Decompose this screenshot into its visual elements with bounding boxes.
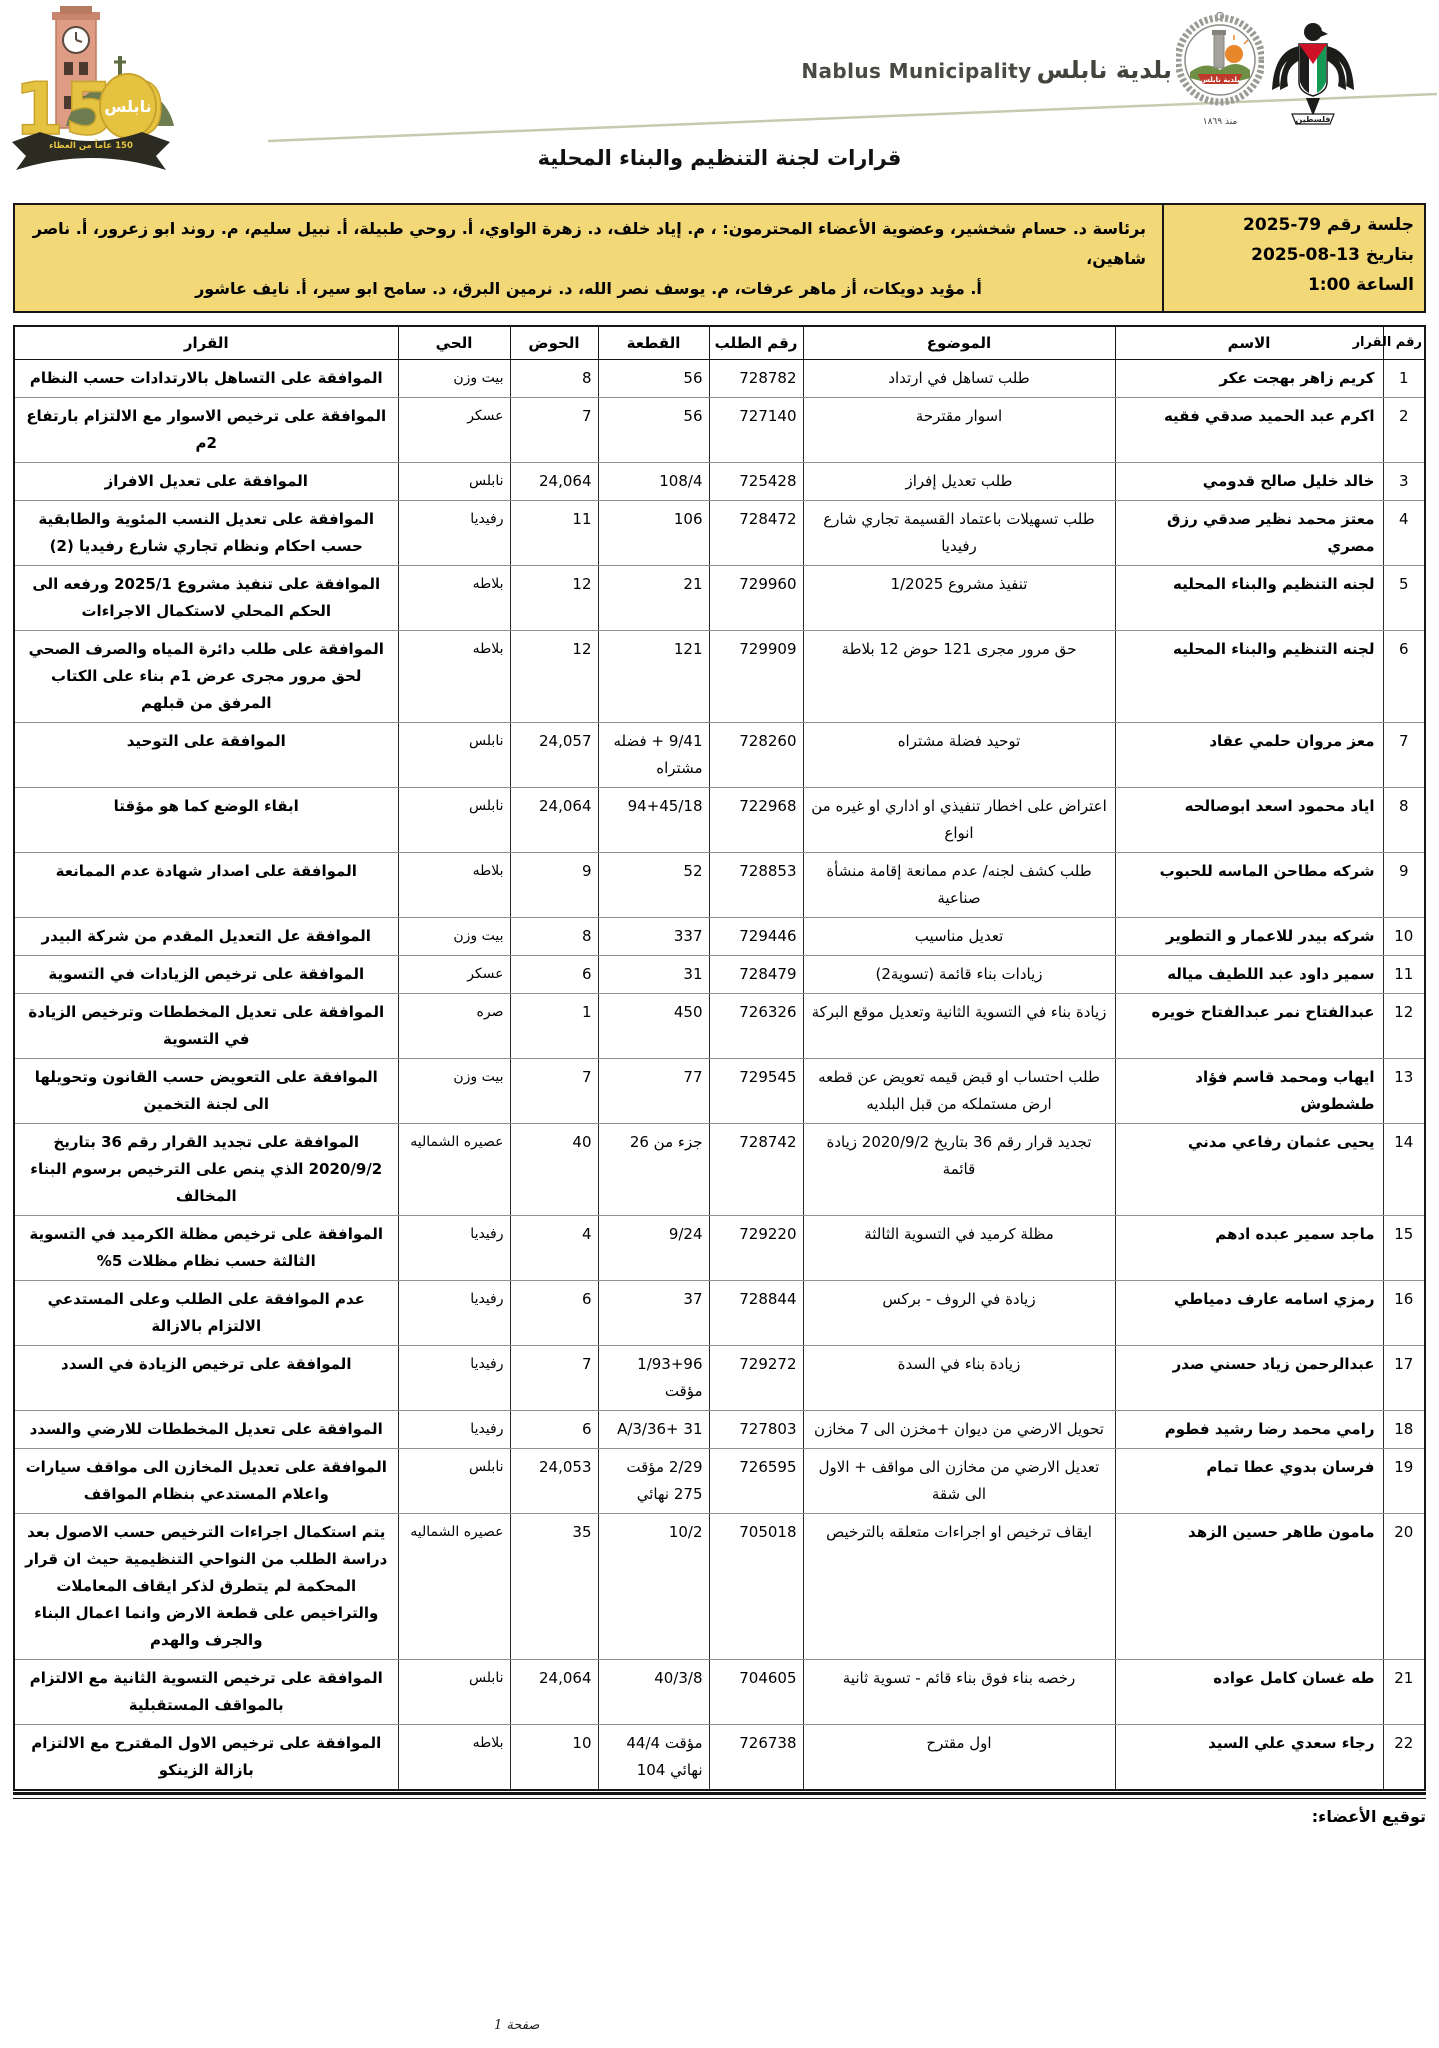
table-row: 7معز مروان حلمي عقادتوحيد فضلة مشتراه728… <box>14 723 1425 788</box>
cell-request_no: 728479 <box>709 956 803 994</box>
table-row: 5لجنه التنظيم والبناء المحليهتنفيذ مشروع… <box>14 566 1425 631</box>
cell-decision: الموافقة على ترخيص الاول المقترح مع الال… <box>14 1725 398 1791</box>
decisions-table-body: 1كريم زاهر بهجت عكرطلب تساهل في ارتداد72… <box>14 360 1425 1791</box>
col-header-subject: الموضوع <box>803 326 1115 360</box>
cell-plot: 52 <box>598 853 709 918</box>
cell-subject: زيادة بناء في التسوية الثانية وتعديل موق… <box>803 994 1115 1059</box>
cell-no: 8 <box>1383 788 1425 853</box>
table-row: 19فرسان بدوي عطا تمامتعديل الارضي من مخا… <box>14 1449 1425 1514</box>
session-date: بتاريخ 13-08-2025 <box>1174 240 1414 270</box>
header-row: رقم القرار الاسم الموضوع رقم الطلب القطع… <box>14 326 1425 360</box>
cell-decision: الموافقة على ترخيص التسوية الثانية مع ال… <box>14 1660 398 1725</box>
cell-request_no: 728742 <box>709 1124 803 1216</box>
cell-name: لجنه التنظيم والبناء المحليه <box>1115 566 1383 631</box>
table-row: 14يحيى عثمان رفاعي مدنيتجديد قرار رقم 36… <box>14 1124 1425 1216</box>
cell-request_no: 728844 <box>709 1281 803 1346</box>
nablus-municipality-seal: بلدية نابلس منذ ١٨٦٩ <box>1176 12 1264 130</box>
cell-no: 4 <box>1383 501 1425 566</box>
cell-district: بلاطه <box>398 853 510 918</box>
table-row: 2اكرم عبد الحميد صدقي فقيهاسوار مقترحة72… <box>14 398 1425 463</box>
cell-request_no: 726595 <box>709 1449 803 1514</box>
cell-basin: 7 <box>510 1346 598 1411</box>
col-header-decision: القرار <box>14 326 398 360</box>
document-page: 150 نابلس 150 عاماً من العطاء بلدية نابل… <box>0 0 1439 2048</box>
cell-subject: زيادة في الروف - بركس <box>803 1281 1115 1346</box>
cell-name: لجنه التنظيم والبناء المحليه <box>1115 631 1383 723</box>
cell-subject: زيادات بناء قائمة (تسوية2) <box>803 956 1115 994</box>
cell-subject: تنفيذ مشروع 1/2025 <box>803 566 1115 631</box>
table-row: 15ماجد سمير عبده ادهممظلة كرميد في التسو… <box>14 1216 1425 1281</box>
anniversary-city: نابلس <box>104 97 151 116</box>
cell-basin: 11 <box>510 501 598 566</box>
cell-basin: 24,064 <box>510 463 598 501</box>
cell-no: 16 <box>1383 1281 1425 1346</box>
cell-decision: الموافقة على تعديل المخططات للارضي والسد… <box>14 1411 398 1449</box>
cell-district: رفيديا <box>398 1216 510 1281</box>
cell-name: سمير داود عبد اللطيف مياله <box>1115 956 1383 994</box>
cell-plot: 10/2 <box>598 1514 709 1660</box>
cell-plot: A/3/36+ 31 <box>598 1411 709 1449</box>
cell-basin: 12 <box>510 631 598 723</box>
cell-plot: 1/93+96 مؤقت <box>598 1346 709 1411</box>
cell-district: رفيديا <box>398 1346 510 1411</box>
page-number: صفحة 1 <box>494 2018 539 2033</box>
cell-decision: الموافقة على تجديد القرار رقم 36 بتاريخ … <box>14 1124 398 1216</box>
cell-no: 11 <box>1383 956 1425 994</box>
cell-district: بيت وزن <box>398 1059 510 1124</box>
cell-subject: زيادة بناء في السدة <box>803 1346 1115 1411</box>
cell-district: عسكر <box>398 398 510 463</box>
table-row: 21طه غسان كامل عوادهرخصه بناء فوق بناء ق… <box>14 1660 1425 1725</box>
cell-decision: الموافقة على ترخيص الاسوار مع الالتزام ب… <box>14 398 398 463</box>
cell-subject: طلب تسهيلات باعتماد القسيمة تجاري شارع ر… <box>803 501 1115 566</box>
cell-no: 2 <box>1383 398 1425 463</box>
cell-no: 22 <box>1383 1725 1425 1791</box>
cell-plot: 37 <box>598 1281 709 1346</box>
cell-basin: 7 <box>510 1059 598 1124</box>
cell-subject: رخصه بناء فوق بناء قائم - تسوية ثانية <box>803 1660 1115 1725</box>
table-row: 16رمزي اسامه عارف دمياطيزيادة في الروف -… <box>14 1281 1425 1346</box>
cell-request_no: 705018 <box>709 1514 803 1660</box>
cell-subject: تحويل الارضي من ديوان +مخزن الى 7 مخازن <box>803 1411 1115 1449</box>
cell-decision: الموافقة على اصدار شهادة عدم الممانعة <box>14 853 398 918</box>
col-header-name: الاسم <box>1115 326 1383 360</box>
cell-subject: تعديل الارضي من مخازن الى مواقف + الاول … <box>803 1449 1115 1514</box>
decisions-table-head: رقم القرار الاسم الموضوع رقم الطلب القطع… <box>14 326 1425 360</box>
cell-decision: الموافقة على ترخيص مظلة الكرميد في التسو… <box>14 1216 398 1281</box>
cell-decision: عدم الموافقة على الطلب وعلى المستدعي الا… <box>14 1281 398 1346</box>
cell-no: 1 <box>1383 360 1425 398</box>
cell-name: ماجد سمير عبده ادهم <box>1115 1216 1383 1281</box>
cell-subject: طلب تعديل إفراز <box>803 463 1115 501</box>
session-time: الساعة 1:00 <box>1174 270 1414 300</box>
cell-name: فرسان بدوي عطا تمام <box>1115 1449 1383 1514</box>
cell-plot: 40/3/8 <box>598 1660 709 1725</box>
cell-name: عبدالفتاح نمر عبدالفتاح خويره <box>1115 994 1383 1059</box>
cell-subject: تجديد قرار رقم 36 بتاريخ 2020/9/2 زيادة … <box>803 1124 1115 1216</box>
cell-no: 12 <box>1383 994 1425 1059</box>
cell-name: رمزي اسامه عارف دمياطي <box>1115 1281 1383 1346</box>
cell-subject: تعديل مناسيب <box>803 918 1115 956</box>
cell-name: عبدالرحمن زياد حسني صدر <box>1115 1346 1383 1411</box>
cell-basin: 24,064 <box>510 788 598 853</box>
cell-plot: 9/41 + فضله مشتراه <box>598 723 709 788</box>
cell-request_no: 727803 <box>709 1411 803 1449</box>
cell-no: 6 <box>1383 631 1425 723</box>
cell-basin: 6 <box>510 1281 598 1346</box>
cell-request_no: 728260 <box>709 723 803 788</box>
cell-plot: جزء من 26 <box>598 1124 709 1216</box>
cell-basin: 12 <box>510 566 598 631</box>
cell-decision: الموافقة على تنفيذ مشروع 2025/1 ورفعه ال… <box>14 566 398 631</box>
session-info-box: جلسة رقم 79-2025 بتاريخ 13-08-2025 الساع… <box>13 203 1426 313</box>
cell-basin: 40 <box>510 1124 598 1216</box>
cell-plot: 450 <box>598 994 709 1059</box>
cell-name: خالد خليل صالح قدومي <box>1115 463 1383 501</box>
cell-decision: الموافقة على التعويض حسب القانون وتحويله… <box>14 1059 398 1124</box>
cell-request_no: 728472 <box>709 501 803 566</box>
cell-subject: طلب احتساب او قبض قيمه تعويض عن قطعه ارض… <box>803 1059 1115 1124</box>
cell-subject: ايقاف ترخيص او اجراءات متعلقه بالترخيص <box>803 1514 1115 1660</box>
cell-basin: 8 <box>510 360 598 398</box>
cell-subject: اول مقترح <box>803 1725 1115 1791</box>
cell-plot: مؤقت 44/4 نهائي 104 <box>598 1725 709 1791</box>
cell-decision: الموافقة على تعديل المخازن الى مواقف سيا… <box>14 1449 398 1514</box>
cell-subject: طلب كشف لجنه/ عدم ممانعة إقامة منشأة صنا… <box>803 853 1115 918</box>
cell-basin: 6 <box>510 956 598 994</box>
municipality-name-arabic: بلدية نابلس <box>1037 56 1172 84</box>
cell-district: بلاطه <box>398 566 510 631</box>
cell-name: معتز محمد نظير صدقي رزق مصري <box>1115 501 1383 566</box>
cell-district: رفيديا <box>398 501 510 566</box>
session-attendees: برئاسة د. حسام شخشير، وعضوية الأعضاء الم… <box>15 205 1162 311</box>
emblem-country-text: فلسطين <box>1296 115 1331 124</box>
table-row: 3خالد خليل صالح قدوميطلب تعديل إفراز7254… <box>14 463 1425 501</box>
cell-plot: 56 <box>598 360 709 398</box>
palestine-eagle-emblem: فلسطين <box>1270 16 1356 128</box>
cell-request_no: 728853 <box>709 853 803 918</box>
cell-decision: الموافقة على تعديل الافراز <box>14 463 398 501</box>
cell-basin: 4 <box>510 1216 598 1281</box>
attendees-line-2: أ. مؤيد دويكات، أز ماهر عرفات، م. يوسف ن… <box>31 274 1146 304</box>
flag-shield-icon <box>1299 44 1327 96</box>
cell-basin: 10 <box>510 1725 598 1791</box>
cell-plot: 9/24 <box>598 1216 709 1281</box>
cell-name: مامون طاهر حسين الزهد <box>1115 1514 1383 1660</box>
cell-district: نابلس <box>398 1449 510 1514</box>
cell-plot: 121 <box>598 631 709 723</box>
cell-name: شركه مطاحن الماسه للحبوب <box>1115 853 1383 918</box>
cell-name: كريم زاهر بهجت عكر <box>1115 360 1383 398</box>
cell-no: 3 <box>1383 463 1425 501</box>
cell-name: يحيى عثمان رفاعي مدني <box>1115 1124 1383 1216</box>
cell-plot: 2/29 مؤقت 275 نهائي <box>598 1449 709 1514</box>
cell-district: بيت وزن <box>398 360 510 398</box>
eagle-head-icon <box>1304 23 1322 41</box>
cell-request_no: 729272 <box>709 1346 803 1411</box>
cell-subject: مظلة كرميد في التسوية الثالثة <box>803 1216 1115 1281</box>
cell-district: صره <box>398 994 510 1059</box>
table-row: 22رجاء سعدي علي السيداول مقترح726738مؤقت… <box>14 1725 1425 1791</box>
cell-plot: 108/4 <box>598 463 709 501</box>
seal-tower-icon <box>1214 34 1224 68</box>
col-header-request-no: رقم الطلب <box>709 326 803 360</box>
cell-decision: الموافقة على التساهل بالارتدادات حسب الن… <box>14 360 398 398</box>
cell-district: نابلس <box>398 788 510 853</box>
cell-name: شركه بيدر للاعمار و التطوير <box>1115 918 1383 956</box>
cell-district: نابلس <box>398 463 510 501</box>
table-row: 6لجنه التنظيم والبناء المحليهحق مرور مجر… <box>14 631 1425 723</box>
decisions-table: رقم القرار الاسم الموضوع رقم الطلب القطع… <box>13 325 1426 1791</box>
attendees-line-1: برئاسة د. حسام شخشير، وعضوية الأعضاء الم… <box>31 214 1146 274</box>
cell-no: 19 <box>1383 1449 1425 1514</box>
cell-request_no: 725428 <box>709 463 803 501</box>
cell-decision: الموافقة على التوحيد <box>14 723 398 788</box>
cell-name: رامي محمد رضا رشيد فطوم <box>1115 1411 1383 1449</box>
col-header-decision-no: رقم القرار <box>1383 326 1425 360</box>
cell-plot: 94+45/18 <box>598 788 709 853</box>
table-row: 8اياد محمود اسعد ابوصالحهاعتراض على اخطا… <box>14 788 1425 853</box>
cell-subject: اعتراض على اخطار تنفيذي او اداري او غيره… <box>803 788 1115 853</box>
cell-plot: 77 <box>598 1059 709 1124</box>
cell-subject: حق مرور مجرى 121 حوض 12 بلاطة <box>803 631 1115 723</box>
cell-no: 7 <box>1383 723 1425 788</box>
cell-request_no: 728782 <box>709 360 803 398</box>
cell-basin: 24,064 <box>510 1660 598 1725</box>
cell-request_no: 729446 <box>709 918 803 956</box>
cell-district: نابلس <box>398 1660 510 1725</box>
session-meta: جلسة رقم 79-2025 بتاريخ 13-08-2025 الساع… <box>1162 205 1424 311</box>
cell-plot: 31 <box>598 956 709 994</box>
cell-district: بلاطه <box>398 1725 510 1791</box>
cell-request_no: 729909 <box>709 631 803 723</box>
col-header-plot: القطعة <box>598 326 709 360</box>
cell-plot: 106 <box>598 501 709 566</box>
cell-district: رفيديا <box>398 1411 510 1449</box>
table-row: 11سمير داود عبد اللطيف ميالهزيادات بناء … <box>14 956 1425 994</box>
cell-no: 17 <box>1383 1346 1425 1411</box>
seal-sun-icon <box>1225 45 1243 63</box>
cell-no: 10 <box>1383 918 1425 956</box>
col-header-basin: الحوض <box>510 326 598 360</box>
cell-request_no: 704605 <box>709 1660 803 1725</box>
cell-subject: طلب تساهل في ارتداد <box>803 360 1115 398</box>
cell-request_no: 726738 <box>709 1725 803 1791</box>
eagle-tail-icon <box>1306 98 1320 116</box>
cell-request_no: 726326 <box>709 994 803 1059</box>
cell-decision: الموافقة على ترخيص الزيادة في السدد <box>14 1346 398 1411</box>
table-row: 12عبدالفتاح نمر عبدالفتاح خويرهزيادة بنا… <box>14 994 1425 1059</box>
seal-since-text: منذ ١٨٦٩ <box>1203 117 1238 127</box>
cell-name: معز مروان حلمي عقاد <box>1115 723 1383 788</box>
table-row: 18رامي محمد رضا رشيد فطومتحويل الارضي من… <box>14 1411 1425 1449</box>
cell-no: 14 <box>1383 1124 1425 1216</box>
table-row: 4معتز محمد نظير صدقي رزق مصريطلب تسهيلات… <box>14 501 1425 566</box>
cell-basin: 24,053 <box>510 1449 598 1514</box>
cell-no: 9 <box>1383 853 1425 918</box>
members-signature-label: توقيع الأعضاء: <box>13 1807 1426 1826</box>
cell-district: نابلس <box>398 723 510 788</box>
table-row: 17عبدالرحمن زياد حسني صدرزيادة بناء في ا… <box>14 1346 1425 1411</box>
cell-decision: ابقاء الوضع كما هو مؤقتا <box>14 788 398 853</box>
table-row: 10شركه بيدر للاعمار و التطويرتعديل مناسي… <box>14 918 1425 956</box>
cell-district: بلاطه <box>398 631 510 723</box>
cell-no: 21 <box>1383 1660 1425 1725</box>
cell-basin: 8 <box>510 918 598 956</box>
cell-decision: الموافقة عل التعديل المقدم من شركة البيد… <box>14 918 398 956</box>
cell-basin: 24,057 <box>510 723 598 788</box>
cell-decision: الموافقة على تعديل النسب المئوية والطابق… <box>14 501 398 566</box>
cell-decision: الموافقة على ترخيص الزيادات في التسوية <box>14 956 398 994</box>
cell-plot: 21 <box>598 566 709 631</box>
cell-request_no: 722968 <box>709 788 803 853</box>
cell-plot: 56 <box>598 398 709 463</box>
cell-basin: 35 <box>510 1514 598 1660</box>
table-row: 13ايهاب ومحمد قاسم فؤاد طشطوشطلب احتساب … <box>14 1059 1425 1124</box>
cell-district: عصيره الشماليه <box>398 1514 510 1660</box>
cell-name: اكرم عبد الحميد صدقي فقيه <box>1115 398 1383 463</box>
cell-district: عسكر <box>398 956 510 994</box>
municipality-wordmark: بلدية نابلس Nablus Municipality <box>560 56 1172 84</box>
cell-district: عصيره الشماليه <box>398 1124 510 1216</box>
cell-decision: الموافقة على طلب دائرة المياه والصرف الص… <box>14 631 398 723</box>
cell-name: اياد محمود اسعد ابوصالحه <box>1115 788 1383 853</box>
cell-basin: 6 <box>510 1411 598 1449</box>
cell-no: 18 <box>1383 1411 1425 1449</box>
cell-request_no: 729220 <box>709 1216 803 1281</box>
cell-name: ايهاب ومحمد قاسم فؤاد طشطوش <box>1115 1059 1383 1124</box>
table-row: 20مامون طاهر حسين الزهدايقاف ترخيص او اج… <box>14 1514 1425 1660</box>
cell-request_no: 729960 <box>709 566 803 631</box>
cell-decision: الموافقة على تعديل المخططات وترخيص الزيا… <box>14 994 398 1059</box>
document-body: جلسة رقم 79-2025 بتاريخ 13-08-2025 الساع… <box>13 203 1426 1826</box>
cell-request_no: 729545 <box>709 1059 803 1124</box>
cell-no: 15 <box>1383 1216 1425 1281</box>
session-number: جلسة رقم 79-2025 <box>1174 210 1414 240</box>
municipality-name-english: Nablus Municipality <box>801 59 1031 83</box>
cell-decision: يتم استكمال اجراءات الترخيص حسب الاصول ب… <box>14 1514 398 1660</box>
cell-subject: اسوار مقترحة <box>803 398 1115 463</box>
cell-district: بيت وزن <box>398 918 510 956</box>
cell-basin: 7 <box>510 398 598 463</box>
table-end-rule <box>13 1792 1426 1799</box>
cell-subject: توحيد فضلة مشتراه <box>803 723 1115 788</box>
cell-no: 13 <box>1383 1059 1425 1124</box>
table-row: 1كريم زاهر بهجت عكرطلب تساهل في ارتداد72… <box>14 360 1425 398</box>
cell-no: 5 <box>1383 566 1425 631</box>
seal-banner-text: بلدية نابلس <box>1200 76 1240 84</box>
cell-name: طه غسان كامل عواده <box>1115 1660 1383 1725</box>
cell-request_no: 727140 <box>709 398 803 463</box>
cell-plot: 337 <box>598 918 709 956</box>
cell-basin: 9 <box>510 853 598 918</box>
cell-district: رفيديا <box>398 1281 510 1346</box>
table-row: 9شركه مطاحن الماسه للحبوبطلب كشف لجنه/ ع… <box>14 853 1425 918</box>
col-header-district: الحي <box>398 326 510 360</box>
cell-basin: 1 <box>510 994 598 1059</box>
page-title: قرارات لجنة التنظيم والبناء المحلية <box>0 146 1439 170</box>
cell-name: رجاء سعدي علي السيد <box>1115 1725 1383 1791</box>
cell-no: 20 <box>1383 1514 1425 1660</box>
